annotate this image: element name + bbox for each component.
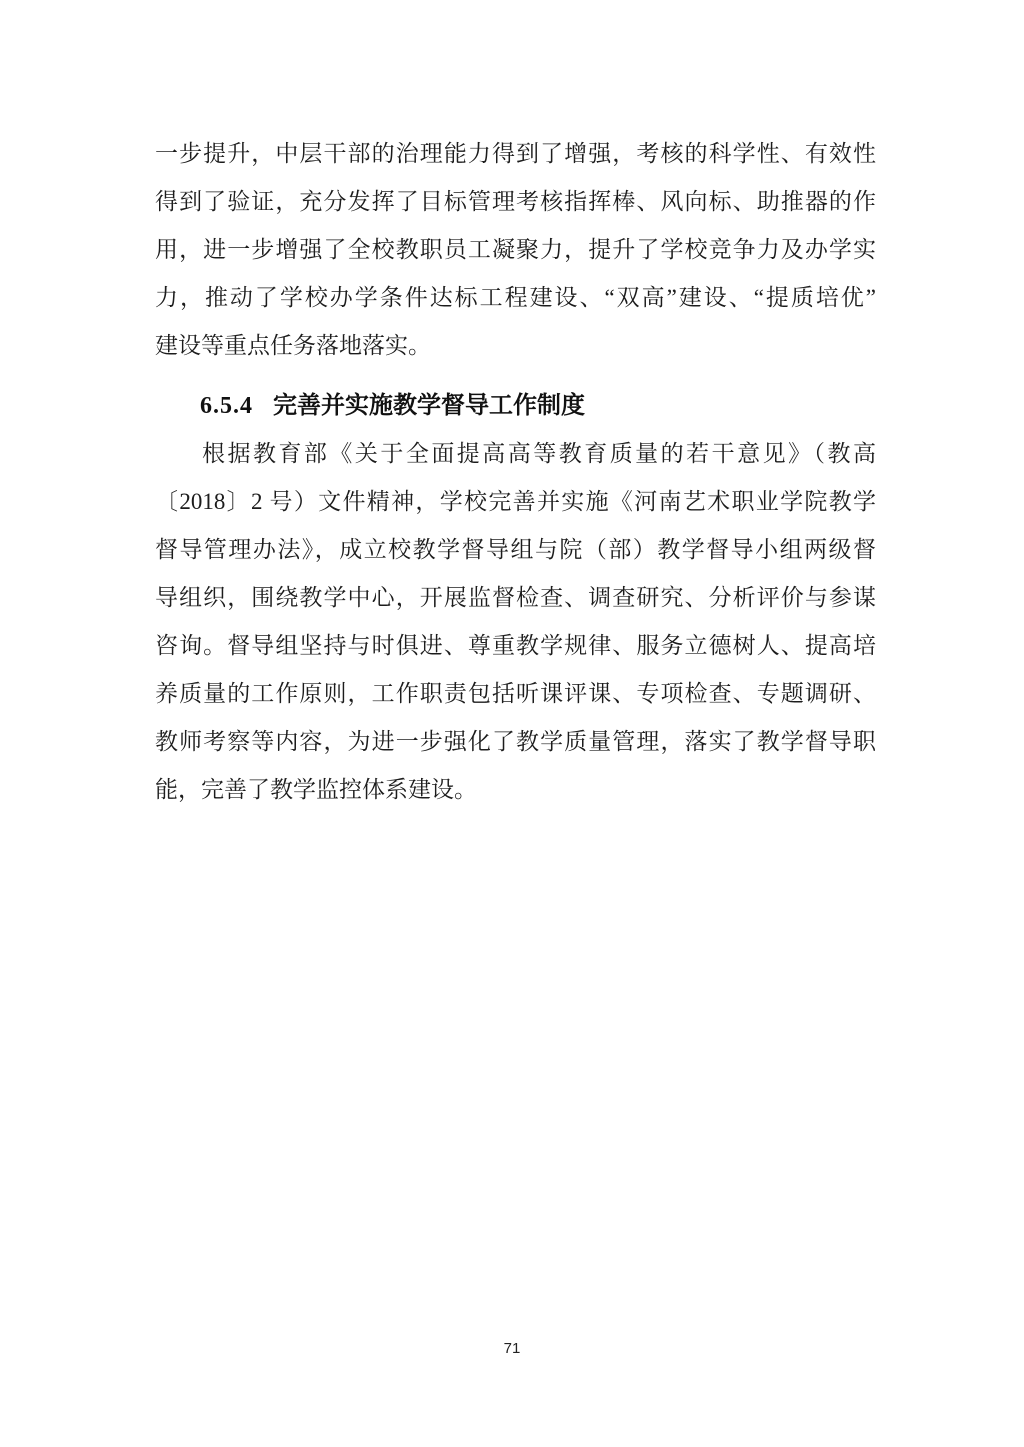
- section-number: 6.5.4: [200, 393, 253, 419]
- text-line: 咨询。督导组坚持与时俱进、尊重教学规律、服务立德树人、提高培: [155, 622, 876, 670]
- document-page: 一步提升，中层干部的治理能力得到了增强，考核的科学性、有效性得到了验证，充分发挥…: [0, 0, 1024, 1447]
- text-line: 督导管理办法》，成立校教学督导组与院（部）教学督导小组两级督: [155, 526, 876, 574]
- text-line: 教师考察等内容，为进一步强化了教学质量管理，落实了教学督导职: [155, 718, 876, 766]
- text-line: 根据教育部《关于全面提高高等教育质量的若干意见》（教高: [155, 430, 876, 478]
- text-body: 一步提升，中层干部的治理能力得到了增强，考核的科学性、有效性得到了验证，充分发挥…: [155, 130, 876, 814]
- section-heading: 6.5.4完善并实施教学督导工作制度: [155, 382, 876, 430]
- text-line: 力，推动了学校办学条件达标工程建设、“双高”建设、“提质培优”: [155, 274, 876, 322]
- text-line: 建设等重点任务落地落实。: [155, 322, 876, 370]
- paragraph-main: 根据教育部《关于全面提高高等教育质量的若干意见》（教高〔2018〕2 号）文件精…: [155, 430, 876, 814]
- text-line: 得到了验证，充分发挥了目标管理考核指挥棒、风向标、助推器的作: [155, 178, 876, 226]
- text-line: 养质量的工作原则，工作职责包括听课评课、专项检查、专题调研、: [155, 670, 876, 718]
- text-line: 用，进一步增强了全校教职员工凝聚力，提升了学校竞争力及办学实: [155, 226, 876, 274]
- text-line: 能，完善了教学监控体系建设。: [155, 766, 876, 814]
- text-line: 〔2018〕2 号）文件精神，学校完善并实施《河南艺术职业学院教学: [155, 478, 876, 526]
- paragraph-continuation: 一步提升，中层干部的治理能力得到了增强，考核的科学性、有效性得到了验证，充分发挥…: [155, 130, 876, 370]
- text-line: 一步提升，中层干部的治理能力得到了增强，考核的科学性、有效性: [155, 130, 876, 178]
- text-line: 导组织，围绕教学中心，开展监督检查、调查研究、分析评价与参谋: [155, 574, 876, 622]
- page-number: 71: [0, 1340, 1024, 1358]
- section-title: 完善并实施教学督导工作制度: [273, 393, 585, 419]
